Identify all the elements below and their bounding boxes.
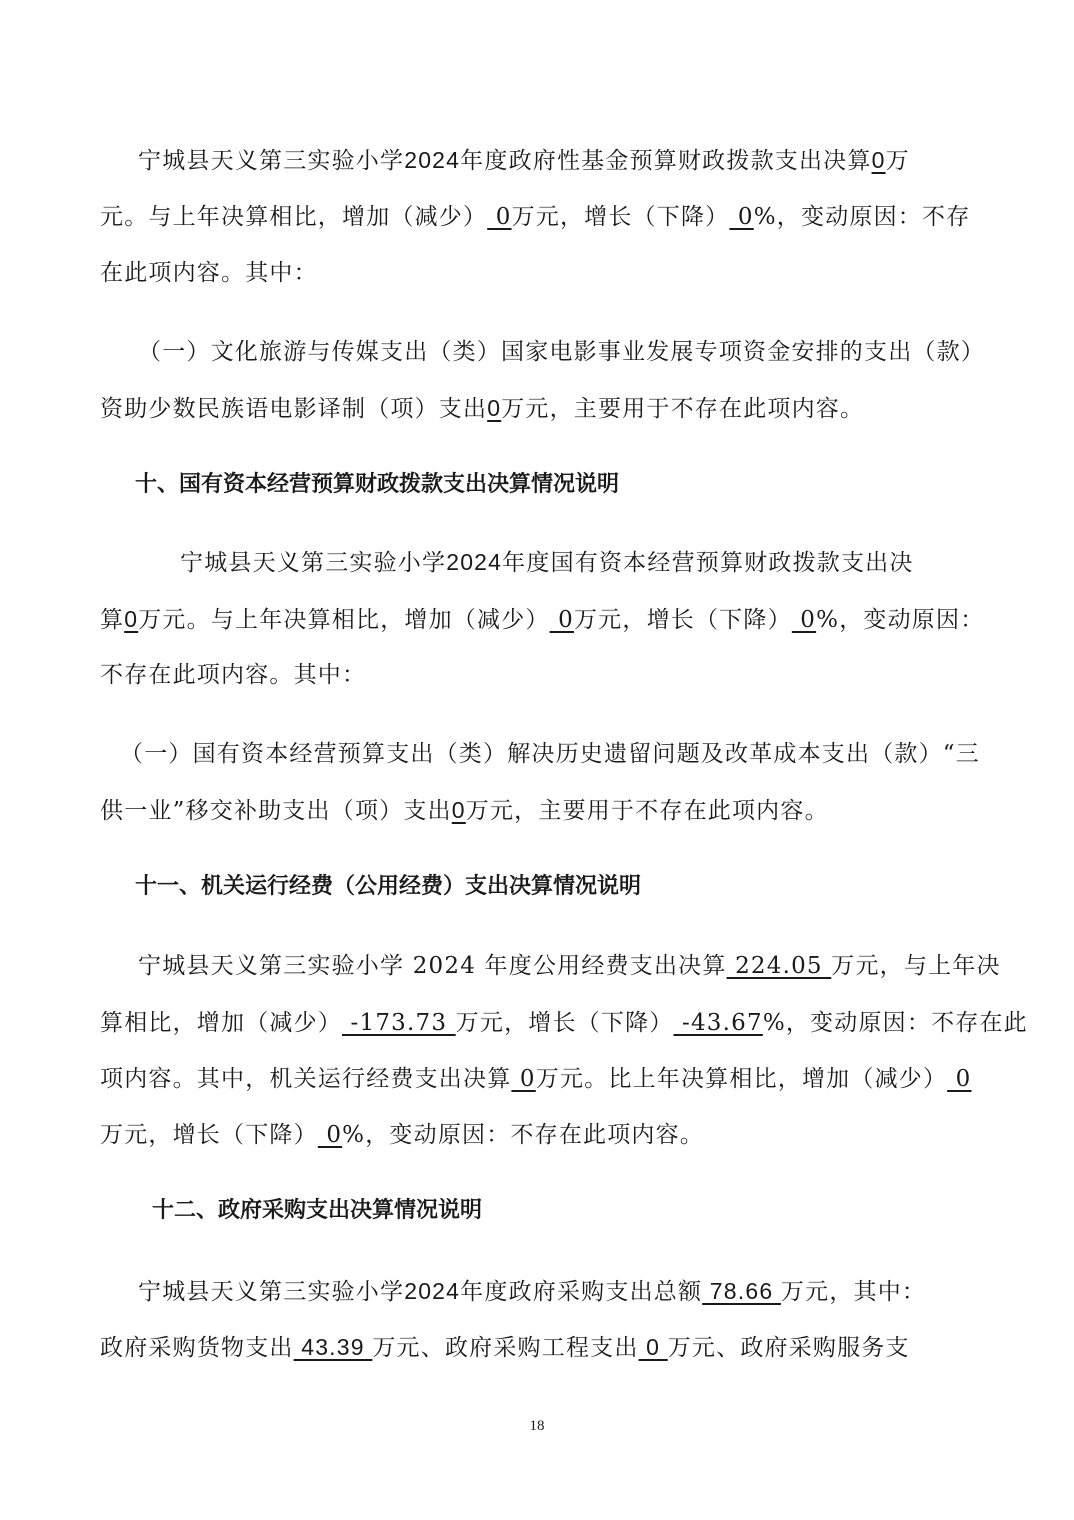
change-value: 0 <box>487 204 511 230</box>
text: 万元，增长（下降） <box>512 204 730 230</box>
change-value: -173.73 <box>342 1010 456 1036</box>
text: 宁城县天义第三实验小学 <box>180 550 446 576</box>
text: 万元。比上年决算相比，增加（减少） <box>536 1066 947 1092</box>
text: 算 <box>100 607 124 633</box>
item-reform-line2: 供一业”移交补助支出（项）支出0万元，主要用于不存在此项内容。 <box>100 795 980 826</box>
text: 元。与上年决算相比，增加（减少） <box>100 204 487 230</box>
paragraph-state-capital-line3: 不存在此项内容。其中： <box>100 660 980 690</box>
change-value: 0 <box>550 607 574 633</box>
text: 万元，增长（下降） <box>100 1122 318 1148</box>
text: 万元，增长（下降） <box>574 607 792 633</box>
change-value: 0 <box>947 1066 971 1092</box>
pct-value: 0 <box>729 204 753 230</box>
text: 万元，主要用于不存在此项内容。 <box>501 396 864 422</box>
text: 万元，与上年决 <box>831 953 1000 979</box>
works-value: 0 <box>639 1334 668 1360</box>
text: %，变动原因： <box>816 607 984 633</box>
year: 2024 <box>446 549 502 575</box>
text: %，变动原因：不存在此项内容。 <box>342 1122 704 1148</box>
text: 万元。与上年决算相比，增加（减少） <box>138 607 549 633</box>
amount-value: 78.66 <box>702 1278 781 1304</box>
paragraph-public-expense-line3: 项内容。其中，机关运行经费支出决算 0万元。比上年决算相比，增加（减少） 0 <box>100 1064 980 1094</box>
text: 年度国有资本经营预算财政拨款支出决 <box>502 550 913 576</box>
text: 万 <box>886 148 910 174</box>
amount-value: 0 <box>872 147 886 173</box>
paragraph-state-capital-line2: 算0万元。与上年决算相比，增加（减少） 0万元，增长（下降） 0%，变动原因： <box>100 604 980 635</box>
paragraph-public-expense-line4: 万元，增长（下降） 0%，变动原因：不存在此项内容。 <box>100 1120 980 1150</box>
text: 年度政府性基金预算财政拨款支出决算 <box>460 148 871 174</box>
section-heading-12: 十二、政府采购支出决算情况说明 <box>152 1196 482 1226</box>
item-film-line1: （一）文化旅游与传媒支出（类）国家电影事业发展专项资金安排的支出（款） <box>138 337 980 367</box>
item-film-line2: 资助少数民族语电影译制（项）支出0万元，主要用于不存在此项内容。 <box>100 393 980 424</box>
paragraph-procurement-line1: 宁城县天义第三实验小学2024年度政府采购支出总额 78.66 万元，其中： <box>138 1276 980 1307</box>
text: %，变动原因：不存 <box>754 204 971 230</box>
goods-value: 43.39 <box>294 1334 373 1360</box>
text: 算相比，增加（减少） <box>100 1010 342 1036</box>
paragraph-procurement-line2: 政府采购货物支出 43.39 万元、政府采购工程支出 0 万元、政府采购服务支 <box>100 1332 980 1363</box>
item-reform-line1: （一）国有资本经营预算支出（类）解决历史遗留问题及改革成本支出（款）“三 <box>120 739 980 769</box>
text: 供一业”移交补助支出（项）支出 <box>100 798 452 824</box>
text: %，变动原因：不存在此 <box>763 1010 1028 1036</box>
paragraph-public-expense-line2: 算相比，增加（减少） -173.73 万元，增长（下降） -43.67%，变动原… <box>100 1008 980 1038</box>
page-number: 18 <box>0 1418 1074 1435</box>
text: 万元，主要用于不存在此项内容。 <box>466 798 829 824</box>
paragraph-gov-fund-line3: 在此项内容。其中： <box>100 258 980 288</box>
section-heading-10: 十、国有资本经营预算财政拨款支出决算情况说明 <box>135 470 619 500</box>
text: 资助少数民族语电影译制（项）支出 <box>100 396 487 422</box>
section-heading-11: 十一、机关运行经费（公用经费）支出决算情况说明 <box>135 872 641 902</box>
text: 万元、政府采购工程支出 <box>372 1335 638 1361</box>
text: 万元，其中： <box>781 1279 926 1305</box>
amount-value: 224.05 <box>727 953 832 979</box>
text: 项内容。其中，机关运行经费支出决算 <box>100 1066 511 1092</box>
paragraph-gov-fund-line2: 元。与上年决算相比，增加（减少） 0万元，增长（下降） 0%，变动原因：不存 <box>100 202 980 232</box>
text: 宁城县天义第三实验小学 <box>138 1279 404 1305</box>
paragraph-gov-fund-line1: 宁城县天义第三实验小学2024年度政府性基金预算财政拨款支出决算0万 <box>138 145 980 176</box>
year: 2024 <box>404 1278 460 1304</box>
amount-value: 0 <box>511 1066 535 1092</box>
amount-value: 0 <box>487 395 501 421</box>
amount-value: 0 <box>124 606 138 632</box>
text: 宁城县天义第三实验小学 <box>138 148 404 174</box>
text: 政府采购货物支出 <box>100 1335 294 1361</box>
pct-value: -43.67 <box>673 1010 762 1036</box>
paragraph-state-capital-line1: 宁城县天义第三实验小学2024年度国有资本经营预算财政拨款支出决 <box>180 547 980 578</box>
paragraph-public-expense-line1: 宁城县天义第三实验小学 2024 年度公用经费支出决算 224.05 万元，与上… <box>138 951 980 981</box>
amount-value: 0 <box>452 797 466 823</box>
pct-value: 0 <box>318 1122 342 1148</box>
text: 万元、政府采购服务支 <box>668 1335 910 1361</box>
text: 年度政府采购支出总额 <box>460 1279 702 1305</box>
text: 万元，增长（下降） <box>456 1010 674 1036</box>
year: 2024 <box>404 147 460 173</box>
text: 宁城县天义第三实验小学 2024 年度公用经费支出决算 <box>138 953 727 979</box>
pct-value: 0 <box>792 607 816 633</box>
